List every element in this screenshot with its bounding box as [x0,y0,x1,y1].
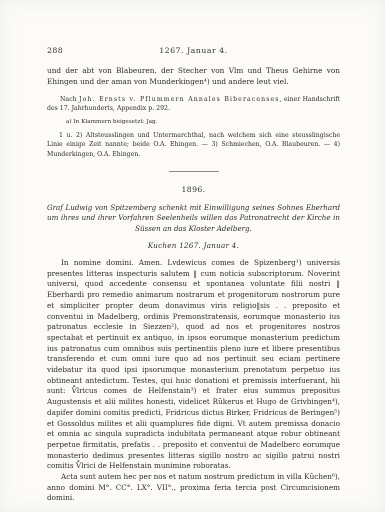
entry-body-paragraph-1: In nomine domini. Amen. Lvdewicus comes … [47,258,340,472]
apparatus-note: a) In Klammern beigesetzt: Jag. [66,118,340,126]
entry-dateline: Kuchen 1267. Januar 4. [47,241,340,250]
previous-entry-closing-paragraph: und der abt von Blabeuren, der Stecher v… [47,66,340,87]
running-title: 1267. Januar 4. [47,46,340,55]
entry-body-paragraph-2: Acta sunt autem hec per nos et natum nos… [47,472,340,504]
entry-number: 1896. [47,185,340,194]
source-note: Nach Joh. Ernsts v. Pflummern Annales Bi… [47,95,340,113]
footnote-block: 1 u. 2) Altsteusslingen und Untermarchth… [47,131,340,159]
source-note-author: Joh. Ernsts v. Pflummern [79,96,185,103]
section-divider-rule [169,171,219,172]
book-page-scan: 288 1267. Januar 4. und der abt von Blab… [0,0,385,512]
source-note-prefix: Nach [60,96,79,103]
page-header: 288 1267. Januar 4. [47,46,340,57]
source-note-work-title: Annales Biberacenses [185,96,280,103]
entry-regest: Graf Ludwig von Spitzemberg schenkt mit … [47,203,340,234]
